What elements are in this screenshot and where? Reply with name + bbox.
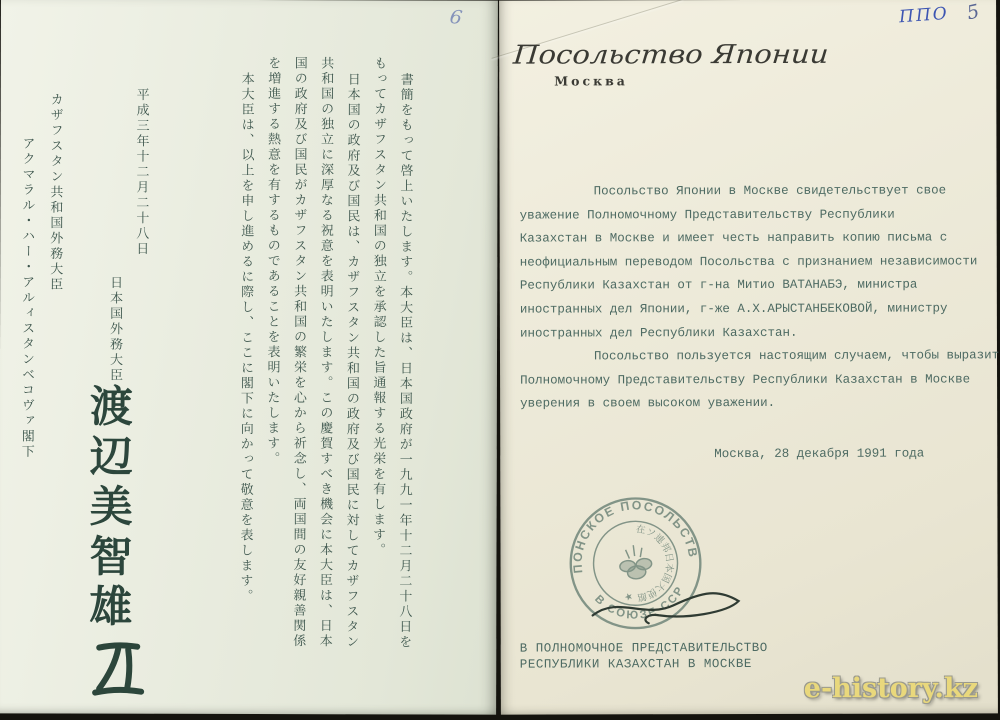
addressee-line: РЕСПУБЛИКИ КАЗАХСТАН В МОСКВЕ: [520, 656, 768, 672]
signature-calligraphy: 渡辺美智雄: [77, 384, 139, 634]
body-line: Посольство Японии в Москве свидетельству…: [520, 183, 980, 208]
stamp-crest: [617, 543, 653, 580]
handwritten-note-ppo: ППО: [898, 4, 949, 28]
document-scan: 6 書簡をもって啓上いたします。本大臣は、日本国政府が一九九一年十二月二十八日を…: [0, 0, 1000, 720]
body-line: неофициальным переводом Посольства с при…: [520, 254, 980, 279]
body-line: Республики Казахстан от г-на Митио ВАТАН…: [520, 278, 980, 303]
handwritten-page-number-right: 5: [965, 0, 981, 24]
japanese-body-text: 書簡をもって啓上いたします。本大臣は、日本国政府が一九九一年十二月二十八日を も…: [231, 56, 418, 674]
japanese-text-column: 書簡をもって啓上いたします。本大臣は、日本国政府が一九九一年十二月二十八日を: [390, 56, 418, 674]
signature-flourish: [589, 585, 749, 633]
body-line: иностранных дел Японии, г-же А.Х.АРЫСТАН…: [520, 301, 980, 326]
addressee-title: カザフスタン共和国外務大臣: [45, 92, 65, 292]
russian-body-text: Посольство Японии в Москве свидетельству…: [520, 183, 981, 420]
japanese-text-column: 共和国の独立に深厚なる祝意を表明いたします。この慶賀すべき機会に本大臣は、日本: [310, 56, 338, 674]
body-line: уважение Полномочному Представительству …: [520, 207, 980, 232]
handwritten-page-number-left: 6: [448, 6, 463, 30]
body-line: иностранных дел Республики Казахстан.: [520, 325, 980, 350]
japanese-letter-page: 6 書簡をもって啓上いたします。本大臣は、日本国政府が一九九一年十二月二十八日を…: [0, 0, 498, 715]
japanese-date: 平成三年十二月二十八日: [131, 88, 150, 257]
letterhead-embassy-name: Посольство Японии: [512, 40, 830, 71]
japanese-text-column: 国の政府及び国民がカザフスタン共和国の繁栄を心から祈念し、両国間の友好親善関係: [284, 56, 312, 674]
japanese-text-column: もってカザフスタン共和国の独立を承認した旨通報する光栄を有します。: [363, 56, 391, 674]
addressee-block: В ПОЛНОМОЧНОЕ ПРЕДСТАВИТЕЛЬСТВО РЕСПУБЛИ…: [520, 641, 768, 673]
body-line: Казахстан в Москве и имеет честь направи…: [520, 231, 980, 256]
dateline: Москва, 28 декабря 1991 года: [714, 447, 924, 462]
sender-title: 日本国外務大臣: [105, 276, 124, 384]
japanese-text-column: を増進する熱意を有するものであることを表明いたします。: [257, 56, 285, 674]
body-line: Посольство пользуется настоящим случаем,…: [520, 349, 980, 374]
japanese-text-column: 日本国の政府及び国民は、カザフスタン共和国の政府及び国民に対してカザフスタン: [337, 56, 365, 674]
body-line: Полномочному Представительству Республик…: [520, 372, 980, 397]
body-line: уверения в своем высоком уважении.: [520, 396, 980, 421]
japanese-text-column: 本大臣は、以上を申し進めるに際し、ここに閣下に向かって敬意を表します。: [231, 56, 259, 674]
kao-signature-mark: [87, 636, 149, 704]
addressee-name: アクマラル・ハー・アルィスタンベコヴァ閣下: [17, 136, 37, 459]
addressee-line: В ПОЛНОМОЧНОЕ ПРЕДСТАВИТЕЛЬСТВО: [520, 641, 768, 657]
russian-note-page: ППО 5 Посольство Японии Москва Посольств…: [499, 0, 998, 715]
letterhead-city: Москва: [554, 73, 628, 88]
watermark-e-history: e-history.kz: [804, 673, 978, 704]
